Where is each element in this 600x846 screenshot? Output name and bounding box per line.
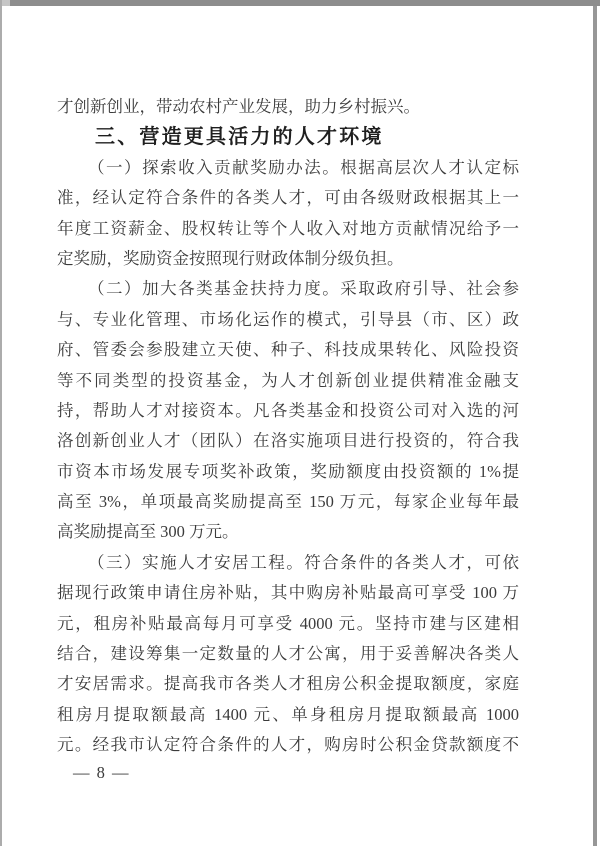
text-line: 才创新创业，带动农村产业发展，助力乡村振兴。 (57, 92, 519, 122)
page-number: — 8 — (73, 758, 130, 788)
text-line: 年度工资薪金、股权转让等个人收入对地方贡献情况给予一 (57, 214, 519, 244)
scan-edge-right (593, 6, 597, 846)
text-line: 元。经我市认定符合条件的人才，购房时公积金贷款额度不 (57, 730, 519, 760)
section-heading: 三、营造更具活力的人才环境 (57, 122, 519, 152)
text-line: （二）加大各类基金扶持力度。采取政府引导、社会参 (57, 274, 519, 304)
text-line: 据现行政策申请住房补贴，其中购房补贴最高可享受 100 万 (57, 578, 519, 608)
text-line: 高至 3%，单项最高奖励提高至 150 万元，每家企业每年最 (57, 487, 519, 517)
text-line: 才安居需求。提高我市各类人才租房公积金提取额度，家庭 (57, 669, 519, 699)
text-line: 元，租房补贴最高每月可享受 4000 元。坚持市建与区建相 (57, 609, 519, 639)
text-line: 等不同类型的投资基金，为人才创新创业提供精准金融支 (57, 366, 519, 396)
text-line: （三）实施人才安居工程。符合条件的各类人才，可依 (57, 548, 519, 578)
text-line: 洛创新创业人才（团队）在洛实施项目进行投资的，符合我 (57, 426, 519, 456)
text-line: 府、管委会参股建立天使、种子、科技成果转化、风险投资 (57, 335, 519, 365)
scan-edge-top (0, 0, 600, 6)
scanned-document-page: { "document": { "page_number": "— 8 —", … (0, 0, 600, 846)
text-line: 准，经认定符合条件的各类人才，可由各级财政根据其上一 (57, 183, 519, 213)
text-line: 与、专业化管理、市场化运作的模式，引导县（市、区）政 (57, 305, 519, 335)
text-line: 高奖励提高至 300 万元。 (57, 517, 519, 547)
text-line: 结合，建设筹集一定数量的人才公寓，用于妥善解决各类人 (57, 639, 519, 669)
text-line: 市资本市场发展专项奖补政策，奖励额度由投资额的 1%提 (57, 457, 519, 487)
text-line: 持，帮助人才对接资本。凡各类基金和投资公司对入选的河 (57, 396, 519, 426)
document-text-block: 才创新创业，带动农村产业发展，助力乡村振兴。三、营造更具活力的人才环境（一）探索… (57, 92, 519, 761)
text-line: （一）探索收入贡献奖励办法。根据高层次人才认定标 (57, 153, 519, 183)
text-line: 定奖励，奖励资金按照现行财政体制分级负担。 (57, 244, 519, 274)
scan-edge-left (0, 0, 2, 846)
text-line: 租房月提取额最高 1400 元、单身租房月提取额最高 1000 (57, 700, 519, 730)
